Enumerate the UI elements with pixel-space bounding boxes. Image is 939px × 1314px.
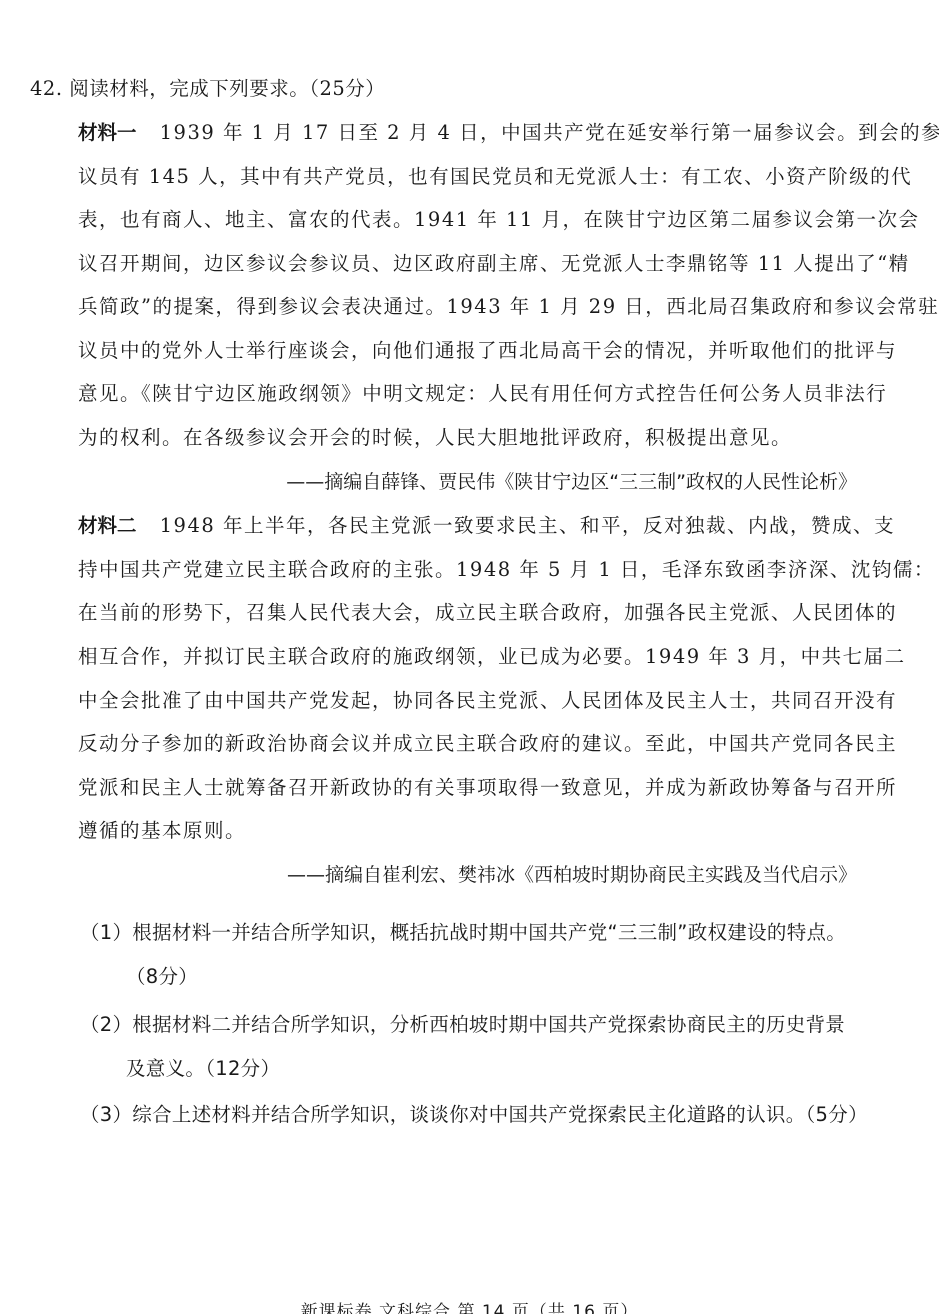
material-1-line: 表，也有商人、地主、富农的代表。1941 年 11 月，在陕甘宁边区第二届参议会…: [78, 205, 863, 235]
sub-question-2-cont: 及意义。（12分）: [126, 1054, 280, 1084]
material-2-line: 党派和民主人士就筹备召开新政协的有关事项取得一致意见，并成为新政协筹备与召开所: [78, 773, 863, 803]
material-2-line: 在当前的形势下，召集人民代表大会，成立民主联合政府，加强各民主党派、人民团体的: [78, 598, 863, 628]
page-footer: 新课标卷 文科综合 第 14 页（共 16 页）: [0, 1297, 939, 1314]
sub-question-1-score: （8分）: [126, 962, 198, 992]
material-1-line: 材料一 1939 年 1 月 17 日至 2 月 4 日，中国共产党在延安举行第…: [78, 118, 863, 148]
sub-question-1: （1）根据材料一并结合所学知识，概括抗战时期中国共产党“三三制”政权建设的特点。: [80, 918, 865, 948]
material-2-line: 反动分子参加的新政治协商会议并成立民主联合政府的建议。至此，中国共产党同各民主: [78, 729, 863, 759]
material-2-line: 材料二 1948 年上半年，各民主党派一致要求民主、和平，反对独裁、内战，赞成、…: [78, 511, 863, 541]
material-1-line: 意见。《陕甘宁边区施政纲领》中明文规定：人民有用任何方式控告任何公务人员非法行: [78, 379, 863, 409]
question-number: 42.: [30, 77, 63, 100]
material-1-label: 材料一: [78, 121, 137, 144]
material-1-line: 议员中的党外人士举行座谈会，向他们通报了西北局高干会的情况，并听取他们的批评与: [78, 336, 863, 366]
material-1-line: 议员有 145 人，其中有共产党员，也有国民党员和无党派人士：有工农、小资产阶级…: [78, 162, 863, 192]
material-2-line: 中全会批准了由中国共产党发起，协同各民主党派、人民团体及民主人士，共同召开没有: [78, 686, 863, 716]
material-1-line: 为的权利。在各级参议会开会的时候，人民大胆地批评政府，积极提出意见。: [78, 423, 863, 453]
material-1-line: 兵简政”的提案，得到参议会表决通过。1943 年 1 月 29 日，西北局召集政…: [78, 292, 863, 322]
material-2-line: 相互合作，并拟订民主联合政府的施政纲领，业已成为必要。1949 年 3 月，中共…: [78, 642, 863, 672]
material-2-line: 遵循的基本原则。: [78, 816, 863, 846]
sub-question-3: （3）综合上述材料并结合所学知识，谈谈你对中国共产党探索民主化道路的认识。（5分…: [80, 1100, 865, 1130]
material-1-source: ——摘编自薛锋、贾民伟《陕甘宁边区“三三制”政权的人民性论析》: [286, 467, 857, 497]
material-2-label: 材料二: [78, 514, 137, 537]
material-2-source: ——摘编自崔利宏、樊祎冰《西柏坡时期协商民主实践及当代启示》: [287, 860, 857, 890]
question-header: 42. 阅读材料，完成下列要求。（25分）: [30, 74, 815, 104]
sub-question-2: （2）根据材料二并结合所学知识，分析西柏坡时期中国共产党探索协商民主的历史背景: [80, 1010, 865, 1040]
material-1-line: 议召开期间，边区参议会参议员、边区政府副主席、无党派人士李鼎铭等 11 人提出了…: [78, 249, 863, 279]
material-2-line: 持中国共产党建立民主联合政府的主张。1948 年 5 月 1 日，毛泽东致函李济…: [78, 555, 863, 585]
exam-page: 42. 阅读材料，完成下列要求。（25分） 材料一 1939 年 1 月 17 …: [0, 0, 939, 1314]
question-prompt: 阅读材料，完成下列要求。（25分）: [69, 77, 385, 100]
